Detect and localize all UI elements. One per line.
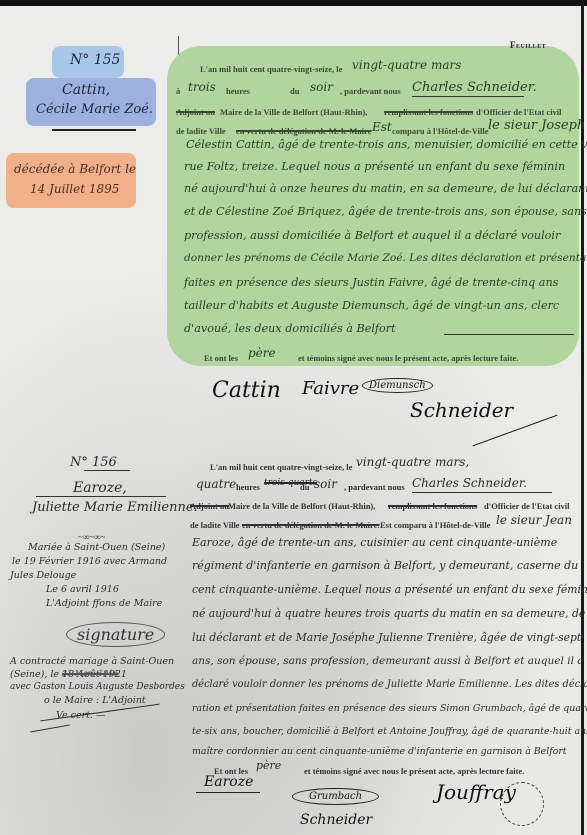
r155-closing-hand: père	[248, 346, 276, 360]
r156-l4-ladite: de ladite Ville	[190, 520, 240, 530]
r155-l3-struck-remplissant: remplissant les fonctions	[384, 107, 473, 117]
r155-hand-line: et de Célestine Zoé Briquez, âgée de tre…	[184, 205, 587, 218]
r155-signature-witness-1: Faivre	[302, 378, 359, 399]
r155-signature-father: Cattin	[212, 378, 281, 403]
r156-contract-note-line: avec Gaston Louis Auguste Desbordes	[10, 682, 185, 692]
record-156-surname: Earoze,	[73, 480, 127, 496]
r156-l2-soir: soir	[314, 477, 337, 491]
record-156-given-names: Juliette Marie Emilienne.	[32, 500, 198, 515]
r156-l2-hour: quatre	[196, 477, 236, 491]
r155-l2-hour: trois	[188, 80, 216, 94]
r156-hand-line: ans, son épouse, sans profession, demeur…	[192, 655, 584, 667]
r155-l2-soir: soir	[310, 80, 333, 94]
r156-hand-line: régiment d'infanterie en garnison à Belf…	[192, 559, 578, 572]
r155-l4-sieur: le sieur Joseph	[488, 118, 585, 133]
r156-l3-struck-adjoint: Adjoint au	[190, 501, 229, 511]
r156-father-underline	[196, 792, 260, 793]
r156-marriage-note-signature: signature	[66, 622, 165, 647]
record-155-death-note-line2: 14 Juillet 1895	[30, 182, 119, 196]
r155-hand-line: profession, aussi domiciliée à Belfort e…	[184, 229, 560, 242]
r155-signature-witness-2: Diemunsch	[362, 378, 433, 393]
r155-hand-line: faites en présence des sieurs Justin Fai…	[184, 276, 558, 289]
record-155-given-names: Cécile Marie Zoé.	[36, 102, 153, 117]
r156-l4-struck-delegation: en vertu de délégation de M. le Maire.	[242, 520, 379, 530]
r156-l4-compare: Est comparu à l'Hôtel-de-Ville	[380, 520, 490, 530]
r156-contract-note-line: A contracté mariage à Saint-Ouen	[10, 656, 174, 667]
ornament-divider: ~∞~∞~	[78, 532, 105, 542]
r156-hand-line: né aujourd'hui à quatre heures trois qua…	[192, 607, 585, 620]
record-155-name-underline	[52, 129, 136, 131]
r155-l2-heures: heures	[226, 86, 250, 96]
official-stamp-mark	[500, 782, 544, 826]
r156-hand-line: ration et présentation faites en présenc…	[192, 703, 587, 714]
r156-marriage-note-line: L'Adjoint ffons de Maire	[46, 598, 162, 609]
r156-l4-sieur: le sieur Jean	[496, 513, 572, 527]
r156-closing-hand: père	[256, 759, 281, 772]
r155-l4-ladite: de ladite Ville	[176, 126, 226, 136]
r155-closing-b: et témoins signé avec nous le présent ac…	[298, 353, 518, 363]
r156-footer-rule	[30, 725, 70, 733]
r156-l1-print: L'an mil huit cent quatre-vingt-seize, l…	[210, 462, 352, 472]
r155-signature-officer: Schneider	[410, 398, 513, 422]
r155-l4-compare: comparu à l'Hôtel-de-Ville	[392, 126, 488, 136]
r155-closing-a: Et ont les	[204, 353, 238, 363]
r155-l1-print: L'an mil huit cent quatre-vingt-seize, l…	[200, 64, 342, 74]
r155-hand-line: né aujourd'hui à onze heures du matin, e…	[184, 182, 587, 195]
r156-l2-pardevant: , pardevant nous	[344, 482, 405, 492]
r155-hand-line: tailleur d'habits et Auguste Diemunsch, …	[184, 299, 559, 312]
r156-surname-underline	[36, 496, 166, 497]
r156-l2-du: du	[300, 482, 309, 492]
record-155-death-note-line1: décédée à Belfort le	[14, 162, 136, 176]
r156-contract-note-line: o le Maire : L'Adjoint	[44, 695, 146, 706]
r156-l3-officier: d'Officier de l'Etat civil	[484, 501, 570, 511]
r155-l2-officer: Charles Schneider.	[412, 80, 537, 95]
r156-hand-line: maître cordonnier au cent cinquante-uniè…	[192, 746, 567, 757]
r155-l4-est: Est	[372, 120, 392, 134]
r156-closing-b: et témoins signé avec nous le présent ac…	[304, 766, 524, 776]
r156-marriage-note-line: Le 6 avril 1916	[46, 584, 119, 595]
r155-l3-officier: d'Officier de l'Etat civil	[476, 107, 562, 117]
record-155-number: N° 155	[70, 52, 120, 68]
r156-l1-date: vingt-quatre mars,	[356, 455, 469, 469]
r155-hand-line: donner les prénoms de Cécile Marie Zoé. …	[184, 252, 587, 264]
r156-marriage-note-line: Mariée à Saint-Ouen (Seine)	[28, 542, 165, 553]
r155-l3-struck-adjoint: Adjoint au	[176, 107, 215, 117]
r155-l4-struck-delegation: en vertu de délégation de M. le Maire	[236, 126, 371, 136]
r156-l3-struck-remplissant: remplissant les fonctions	[388, 501, 477, 511]
r155-hand-line: d'avoué, les deux domiciliés à Belfort	[184, 322, 396, 335]
record-156-number: N° 156	[70, 455, 117, 470]
r156-hand-line: déclaré vouloir donner les prénoms de Ju…	[192, 679, 587, 690]
sheet-header-label: Feuillet	[510, 40, 546, 50]
r156-footer-mark: Ve cert. —	[56, 710, 105, 721]
r156-contract-note-struck: 21 Mars 1916	[62, 669, 119, 678]
r155-hand-line: rue Foltz, treize. Lequel nous a présent…	[184, 160, 565, 173]
r156-hand-line: Earoze, âgé de trente-un ans, cuisinier …	[192, 536, 557, 549]
r156-signature-officer: Schneider	[300, 812, 372, 828]
r155-closing-rule	[444, 334, 574, 335]
record-155-surname: Cattin,	[62, 82, 110, 98]
r155-l2-rule	[412, 96, 524, 97]
register-page: Feuillet N° 155 Cattin, Cécile Marie Zoé…	[0, 0, 587, 835]
r155-l3-print: Maire de la Ville de Belfort (Haut-Rhin)…	[220, 107, 367, 117]
r156-l2-heures: heures	[236, 482, 260, 492]
r155-l2-pardevant: , pardevant nous	[340, 86, 401, 96]
r156-l2-rule	[412, 492, 552, 493]
r156-hand-line: lui déclarant et de Marie Joséphe Julien…	[192, 631, 581, 644]
r156-signature-father: Earoze	[204, 774, 253, 790]
r156-l3-print: Maire de la Ville de Belfort (Haut-Rhin)…	[228, 501, 375, 511]
r156-marriage-note-line: le 19 Février 1916 avec Armand	[12, 556, 167, 567]
r156-marriage-note-line: Jules Delouge	[10, 570, 76, 581]
r156-l2-officer: Charles Schneider.	[412, 476, 527, 490]
r156-hand-line: cent cinquante-unième. Lequel nous a pré…	[192, 583, 587, 596]
r156-number-underline	[84, 470, 130, 471]
r155-l1-date: vingt-quatre mars	[352, 58, 461, 72]
r156-hand-line: te-six ans, boucher, domicilié à Belfort…	[192, 726, 587, 737]
r156-signature-witness-1: Grumbach	[292, 788, 379, 805]
r155-l2-a: à	[176, 86, 180, 96]
r155-l2-du: du	[290, 86, 299, 96]
scan-top-edge	[0, 0, 587, 6]
r155-hand-line: Célestin Cattin, âgé de trente-trois ans…	[186, 138, 587, 151]
